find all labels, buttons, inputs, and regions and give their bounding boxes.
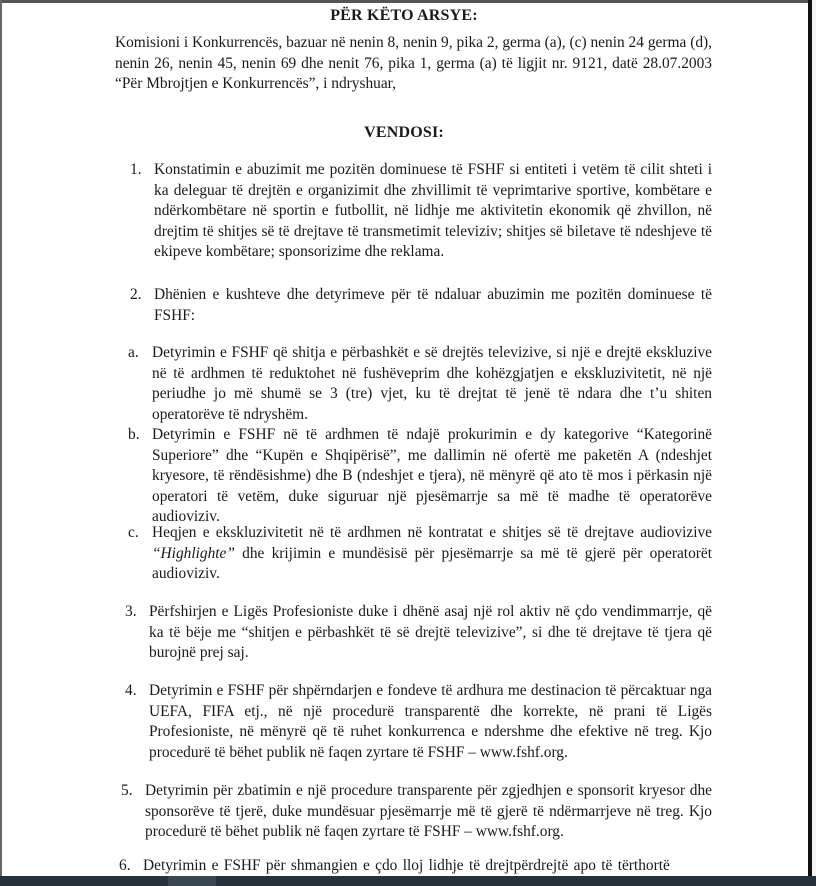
intro-paragraph: Komisioni i Konkurrencës, bazuar në neni… xyxy=(115,33,712,95)
list-item-text: Detyrimin e FSHF për shpërndarjen e fond… xyxy=(149,681,712,763)
bottom-bar-segment xyxy=(168,876,216,886)
list-marker: 5. xyxy=(121,781,133,802)
text-segment: Heqjen e ekskluzivitetit në të ardhmen n… xyxy=(152,524,712,541)
list-item-text: Dhënien e kushteve dhe detyrimeve për të… xyxy=(154,285,712,326)
list-marker: 1. xyxy=(130,160,142,181)
list-marker: a. xyxy=(128,343,139,364)
text-segment: dhe krijimin e mundësisë për pjesëmarrje… xyxy=(152,545,712,583)
page-top-border xyxy=(0,0,816,3)
list-item-text: Detyrimin e FSHF për shmangien e çdo llo… xyxy=(143,856,712,876)
list-item-text: Detyrimin e FSHF që shitja e përbashkët … xyxy=(152,343,712,425)
list-marker: b. xyxy=(128,425,140,446)
list-marker: 3. xyxy=(125,602,137,623)
list-marker: c. xyxy=(128,523,139,544)
document-page: PËR KËTO ARSYE: Komisioni i Konkurrencës… xyxy=(0,0,808,876)
list-item-text: Detyrimin për zbatimin e një procedure t… xyxy=(145,781,712,843)
heading-reasons: PËR KËTO ARSYE: xyxy=(0,7,808,25)
list-marker: 6. xyxy=(119,856,131,876)
list-marker: 2. xyxy=(130,285,142,306)
list-marker: 4. xyxy=(125,681,137,702)
page-left-border xyxy=(0,0,2,886)
italic-term: “Highlighte” xyxy=(152,545,235,562)
bottom-bar xyxy=(0,876,816,886)
list-item-text: Detyrimin e FSHF në të ardhmen të ndajë … xyxy=(152,425,712,528)
list-item-text: Përfshirjen e Ligës Profesioniste duke i… xyxy=(149,602,712,664)
list-item-text: Heqjen e ekskluzivitetit në të ardhmen n… xyxy=(152,523,712,585)
heading-decision: VENDOSI: xyxy=(0,124,808,142)
list-item-text: Konstatimin e abuzimit me pozitën dominu… xyxy=(154,160,712,263)
window-margin xyxy=(812,0,816,886)
